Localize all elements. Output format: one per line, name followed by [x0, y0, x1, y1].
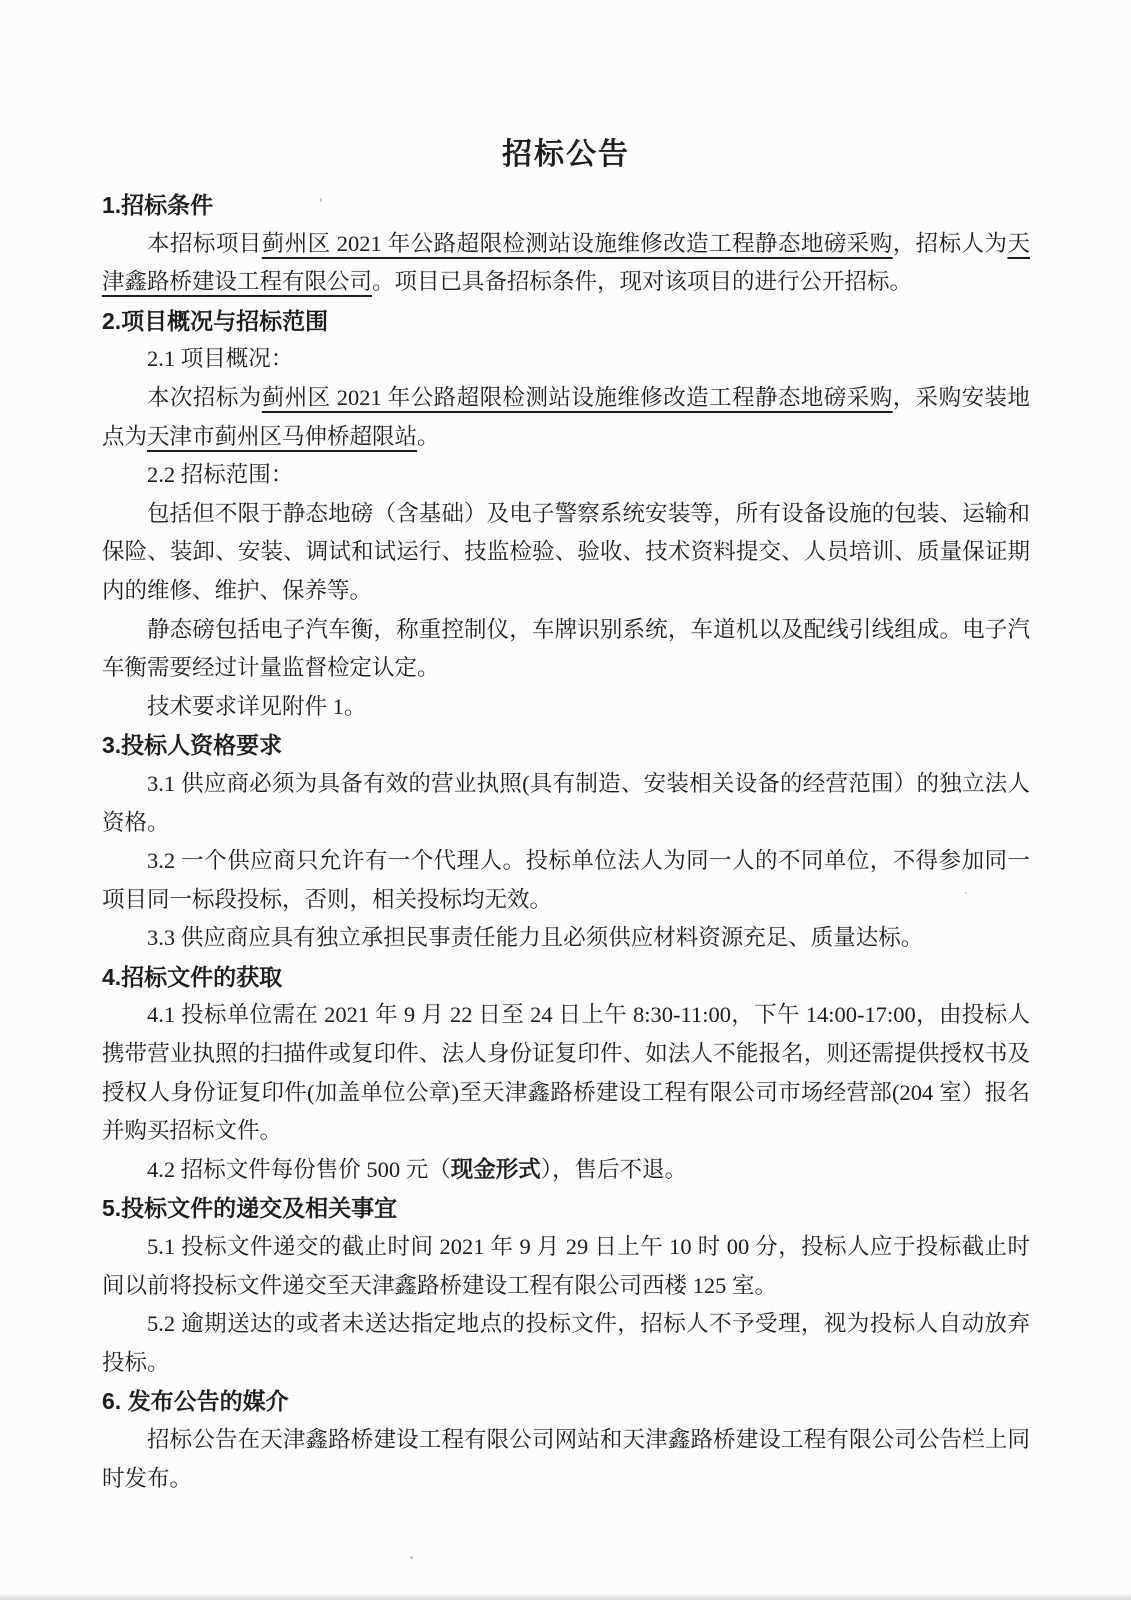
paragraph: 5.1 投标文件递交的截止时间 2021 年 9 月 29 日上午 10 时 0…	[102, 1228, 1030, 1305]
paragraph: 包括但不限于静态地磅（含基础）及电子警察系统安装等，所有设备设施的包装、运输和保…	[102, 495, 1030, 611]
scan-speck	[320, 198, 322, 202]
text-run: 5.1 投标文件递交的截止时间 2021 年 9 月 29 日上午 10 时 0…	[102, 1234, 1030, 1298]
scan-speck	[965, 892, 967, 894]
text-run: 4.1 投标单位需在 2021 年 9 月 22 日至 24 日上午 8:30-…	[102, 1002, 1030, 1143]
text-run: 2.2 招标范围：	[147, 462, 293, 487]
text-run: 4.招标文件的获取	[102, 964, 282, 990]
paragraph: 4.2 招标文件每份售价 500 元（现金形式），售后不退。	[102, 1151, 1030, 1190]
text-run: 3.投标人资格要求	[102, 732, 282, 758]
text-run: 6. 发布公告的媒介	[102, 1388, 289, 1414]
section-heading: 2.项目概况与招标范围	[102, 302, 1030, 341]
bold-text: 现金形式	[451, 1157, 541, 1182]
text-run: 3.3 供应商应具有独立承担民事责任能力且必须供应材料资源充足、质量达标。	[147, 925, 923, 950]
paragraph: 5.2 逾期送达的或者未送达指定地点的投标文件，招标人不予受理，视为投标人自动放…	[102, 1305, 1030, 1382]
paragraph: 本招标项目蓟州区 2021 年公路超限检测站设施维修改造工程静态地磅采购，招标人…	[102, 225, 1030, 302]
paragraph: 3.1 供应商必须为具备有效的营业执照(具有制造、安装相关设备的经营范围）的独立…	[102, 765, 1030, 842]
underlined-text: 蓟州区 2021 年公路超限检测站设施维修改造工程静态地磅采购	[262, 385, 893, 410]
text-run: 招标公告在天津鑫路桥建设工程有限公司网站和天津鑫路桥建设工程有限公司公告栏上同时…	[102, 1427, 1030, 1491]
paragraph: 招标公告在天津鑫路桥建设工程有限公司网站和天津鑫路桥建设工程有限公司公告栏上同时…	[102, 1421, 1030, 1498]
paragraph: 本次招标为蓟州区 2021 年公路超限检测站设施维修改造工程静态地磅采购，采购安…	[102, 379, 1030, 456]
text-run: ），售后不退。	[541, 1157, 687, 1182]
paragraph: 2.2 招标范围：	[102, 456, 1030, 495]
scan-edge-artifact	[0, 1593, 1131, 1600]
section-heading: 6. 发布公告的媒介	[102, 1382, 1030, 1421]
text-run: 。项目已具备招标条件，现对该项目的进行公开招标。	[372, 269, 912, 294]
text-run: ，招标人为	[893, 231, 1008, 256]
text-run: 本次招标为	[147, 385, 262, 410]
text-run: 静态磅包括电子汽车衡，称重控制仪，车牌识别系统，车道机以及配线引线组成。电子汽车…	[102, 617, 1030, 681]
text-run: 5.2 逾期送达的或者未送达指定地点的投标文件，招标人不予受理，视为投标人自动放…	[102, 1311, 1030, 1375]
text-run: 4.2 招标文件每份售价 500 元（	[147, 1157, 451, 1182]
paragraph: 3.3 供应商应具有独立承担民事责任能力且必须供应材料资源充足、质量达标。	[102, 919, 1030, 958]
paragraph: 2.1 项目概况：	[102, 340, 1030, 379]
underlined-text: 天津市蓟州区马伸桥超限站	[147, 424, 417, 449]
scan-speck	[410, 1556, 413, 1559]
text-run: 3.1 供应商必须为具备有效的营业执照(具有制造、安装相关设备的经营范围）的独立…	[102, 771, 1030, 835]
section-heading: 1.招标条件	[102, 186, 1030, 225]
underlined-text: 蓟州区 2021 年公路超限检测站设施维修改造工程静态地磅采购	[262, 231, 893, 256]
section-heading: 4.招标文件的获取	[102, 958, 1030, 997]
text-run: 技术要求详见附件 1。	[147, 694, 366, 719]
scan-speck	[838, 271, 840, 273]
section-heading: 5.投标文件的递交及相关事宜	[102, 1189, 1030, 1228]
section-heading: 3.投标人资格要求	[102, 726, 1030, 765]
paragraph: 4.1 投标单位需在 2021 年 9 月 22 日至 24 日上午 8:30-…	[102, 996, 1030, 1150]
text-run: 2.1 项目概况：	[147, 346, 293, 371]
paragraph: 技术要求详见附件 1。	[102, 688, 1030, 727]
paragraph: 3.2 一个供应商只允许有一个代理人。投标单位法人为同一人的不同单位，不得参加同…	[102, 842, 1030, 919]
text-run: 5.投标文件的递交及相关事宜	[102, 1195, 397, 1221]
text-run: 。	[417, 424, 440, 449]
document-title: 招标公告	[102, 130, 1030, 180]
paragraph: 静态磅包括电子汽车衡，称重控制仪，车牌识别系统，车道机以及配线引线组成。电子汽车…	[102, 611, 1030, 688]
text-run: 本招标项目	[147, 231, 262, 256]
document-content: 招标公告 1.招标条件本招标项目蓟州区 2021 年公路超限检测站设施维修改造工…	[102, 130, 1030, 1498]
text-run: 3.2 一个供应商只允许有一个代理人。投标单位法人为同一人的不同单位，不得参加同…	[102, 848, 1030, 912]
text-run: 包括但不限于静态地磅（含基础）及电子警察系统安装等，所有设备设施的包装、运输和保…	[102, 501, 1030, 603]
text-run: 2.项目概况与招标范围	[102, 308, 328, 334]
scanned-page: 招标公告 1.招标条件本招标项目蓟州区 2021 年公路超限检测站设施维修改造工…	[0, 0, 1131, 1600]
document-body: 1.招标条件本招标项目蓟州区 2021 年公路超限检测站设施维修改造工程静态地磅…	[102, 186, 1030, 1498]
text-run: 1.招标条件	[102, 192, 213, 218]
